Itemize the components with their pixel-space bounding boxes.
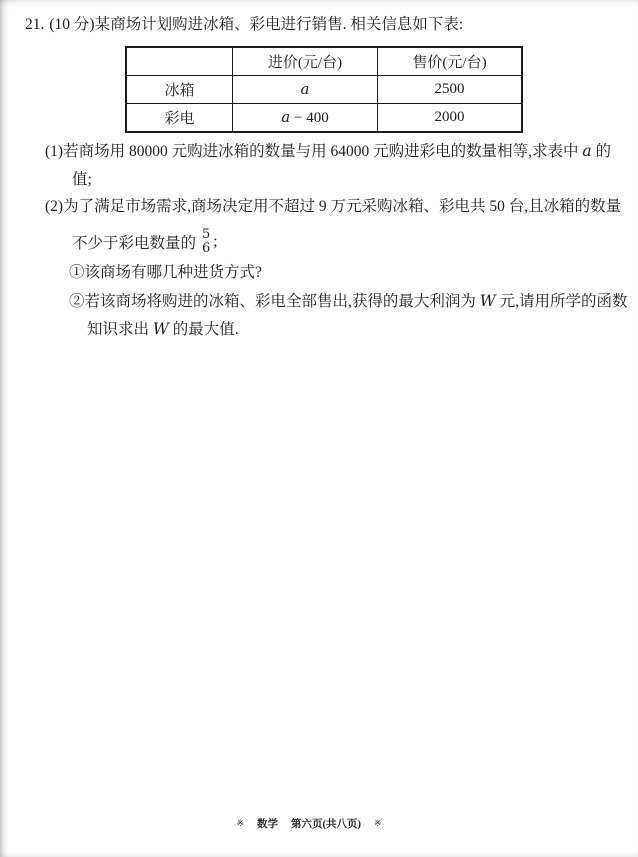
fraction-denominator: 6 <box>202 242 210 256</box>
question-title: 21.(10 分)某商场计划购进冰箱、彩电进行销售. 相关信息如下表: <box>25 14 463 35</box>
footer-subject: 数学 <box>257 816 278 831</box>
table-header-row: 进价(元/台) 售价(元/台) <box>126 47 522 76</box>
part1-text: (1)若商场用 80000 元购进冰箱的数量与用 64000 元购进彩电的数量相… <box>45 143 582 160</box>
subitem2-text: ②若该商场将购进的冰箱、彩电全部售出,获得的最大利润为 <box>69 293 480 310</box>
subitem2-line2: 知识求出 W 的最大值. <box>87 319 239 340</box>
footer-page-info: 第六页(共八页) <box>291 816 361 831</box>
part2-line2: 不少于彩电数量的 5 6 ; <box>72 222 218 262</box>
table-header-cost: 进价(元/台) <box>233 47 378 76</box>
part2-line2-text: 不少于彩电数量的 <box>72 231 196 253</box>
var-w: W <box>480 292 496 310</box>
fraction-five-sixths: 5 6 <box>202 228 210 256</box>
part1-line1: (1)若商场用 80000 元购进冰箱的数量与用 64000 元购进彩电的数量相… <box>45 141 611 162</box>
subitem2-line2-end: 的最大值. <box>169 321 239 338</box>
fridge-cost-cell: a <box>233 76 378 104</box>
question-number: 21. <box>25 16 44 33</box>
subitem1: ①该商场有哪几种进货方式? <box>69 262 262 283</box>
tv-cost-rest: − 400 <box>290 110 328 126</box>
fraction-numerator: 5 <box>202 228 210 242</box>
footer-ornament-right: ※ <box>374 818 382 829</box>
row-label-tv: 彩电 <box>126 104 233 133</box>
footer-ornament-left: ※ <box>236 818 244 829</box>
table-corner-cell <box>126 47 233 76</box>
info-table: 进价(元/台) 售价(元/台) 冰箱 a 2500 彩电 a − 400 200… <box>125 46 523 133</box>
fridge-cost-var: a <box>301 80 310 98</box>
var-w2: W <box>153 320 169 338</box>
table-row: 冰箱 a 2500 <box>126 76 522 104</box>
table-header-sell: 售价(元/台) <box>378 47 523 76</box>
subitem2-text-end: 元,请用所学的函数 <box>496 293 628 310</box>
exam-page: 21.(10 分)某商场计划购进冰箱、彩电进行销售. 相关信息如下表: 进价(元… <box>0 0 638 857</box>
tv-sell-cell: 2000 <box>378 104 523 133</box>
page-footer: ※ 数学 第六页(共八页) ※ <box>0 816 618 831</box>
part1-text-end: 的 <box>592 143 611 160</box>
part1-line2: 值; <box>72 169 92 190</box>
fridge-sell-cell: 2500 <box>378 76 523 104</box>
tv-cost-cell: a − 400 <box>233 104 378 133</box>
part2-line2-end: ; <box>213 233 217 251</box>
question-intro: (10 分)某商场计划购进冰箱、彩电进行销售. 相关信息如下表: <box>49 16 463 33</box>
part2-line1: (2)为了满足市场需求,商场决定用不超过 9 万元采购冰箱、彩电共 50 台,且… <box>45 196 621 217</box>
subitem2-line1: ②若该商场将购进的冰箱、彩电全部售出,获得的最大利润为 W 元,请用所学的函数 <box>69 291 627 312</box>
var-a: a <box>582 142 591 160</box>
tv-cost-var: a <box>281 108 290 126</box>
subitem2-line2-text: 知识求出 <box>87 321 153 338</box>
row-label-fridge: 冰箱 <box>126 76 233 104</box>
table-row: 彩电 a − 400 2000 <box>126 104 522 133</box>
